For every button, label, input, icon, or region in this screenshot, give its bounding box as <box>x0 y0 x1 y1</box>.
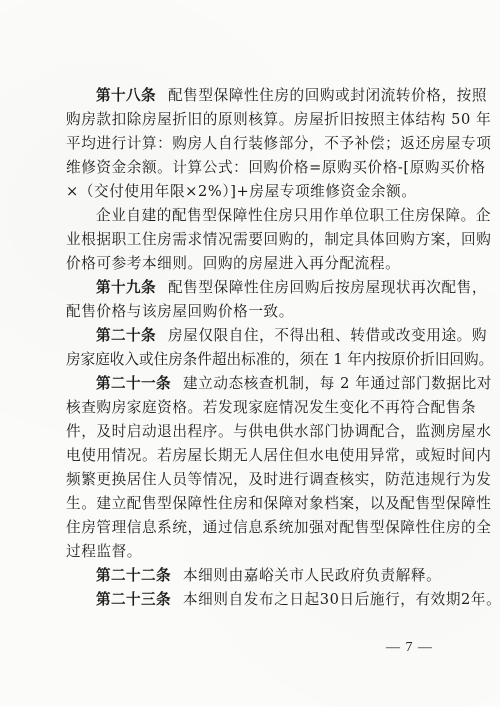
article-number: 第十九条 <box>96 279 156 296</box>
text-line: 第二十三条本细则自发布之日起30日后施行，有效期2年。 <box>66 588 436 612</box>
article-22: 第二十二条本细则由嘉峪关市人民政府负责解释。 <box>66 564 436 588</box>
text-line: 生。建立配售型保障性住房和保障对象档案，以及配售型保障性 <box>66 492 436 516</box>
text-line: 核查购房家庭资格。若发现家庭情况发生变化不再符合配售条 <box>66 396 436 420</box>
article-19: 第十九条配售型保障性住房回购后按房屋现状再次配售， 配售价格与该房屋回购价格一致… <box>66 276 436 324</box>
text-line: 住房管理信息系统，通过信息系统加强对配售型保障性住房的全 <box>66 516 436 540</box>
document-page: 第十八条配售型保障性住房的回购或封闭流转价格，按照 购房款扣除房屋折旧的原则核算… <box>0 0 500 707</box>
article-20: 第二十条房屋仅限自住，不得出租、转借或改变用途。购 房家庭收入或住房条件超出标准… <box>66 324 436 372</box>
text-line: 房家庭收入或住房条件超出标准的，须在 1 年内按原价折旧回购。 <box>66 348 436 372</box>
line-text: 配售型保障性住房回购后按房屋现状再次配售， <box>168 279 487 296</box>
article-number: 第十八条 <box>96 87 156 104</box>
line-text: 本细则由嘉峪关市人民政府负责解释。 <box>183 567 441 584</box>
text-line: 电使用情况。若房屋长期无人居住但水电使用异常，或短时间内 <box>66 444 436 468</box>
line-text: 配售型保障性住房的回购或封闭流转价格，按照 <box>168 87 487 104</box>
line-text: 房屋仅限自住，不得出租、转借或改变用途。购 <box>168 327 487 344</box>
text-line: 第二十条房屋仅限自住，不得出租、转借或改变用途。购 <box>66 324 436 348</box>
text-line: ×（交付使用年限×2%）]+房屋专项维修资金余额。 <box>66 180 436 204</box>
document-body: 第十八条配售型保障性住房的回购或封闭流转价格，按照 购房款扣除房屋折旧的原则核算… <box>66 84 436 612</box>
article-number: 第二十一条 <box>96 375 171 392</box>
article-23: 第二十三条本细则自发布之日起30日后施行，有效期2年。 <box>66 588 436 612</box>
text-line: 件，及时启动退出程序。与供电供水部门协调配合，监测房屋水 <box>66 420 436 444</box>
article-21: 第二十一条建立动态核查机制，每 2 年通过部门数据比对 核查购房家庭资格。若发现… <box>66 372 436 564</box>
text-line: 第十八条配售型保障性住房的回购或封闭流转价格，按照 <box>66 84 436 108</box>
article-18: 第十八条配售型保障性住房的回购或封闭流转价格，按照 购房款扣除房屋折旧的原则核算… <box>66 84 436 204</box>
text-line: 频繁更换居住人员等情况，及时进行调查核实，防范违规行为发 <box>66 468 436 492</box>
text-line: 企业自建的配售型保障性住房只用作单位职工住房保障。企 <box>66 204 436 228</box>
text-line: 业根据职工住房需求情况需要回购的，制定具体回购方案，回购 <box>66 228 436 252</box>
text-line: 第二十一条建立动态核查机制，每 2 年通过部门数据比对 <box>66 372 436 396</box>
text-line: 价格可参考本细则。回购的房屋进入再分配流程。 <box>66 252 436 276</box>
page-number: — 7 — <box>386 640 433 656</box>
text-line: 购房款扣除房屋折旧的原则核算。房屋折旧按照主体结构 50 年 <box>66 108 436 132</box>
text-line: 平均进行计算：购房人自行装修部分，不予补偿；返还房屋专项 <box>66 132 436 156</box>
line-text: 本细则自发布之日起30日后施行，有效期2年。 <box>183 591 500 608</box>
text-line: 第二十二条本细则由嘉峪关市人民政府负责解释。 <box>66 564 436 588</box>
line-text: 建立动态核查机制，每 2 年通过部门数据比对 <box>183 375 492 392</box>
text-line: 配售价格与该房屋回购价格一致。 <box>66 300 436 324</box>
text-line: 第十九条配售型保障性住房回购后按房屋现状再次配售， <box>66 276 436 300</box>
article-number: 第二十三条 <box>96 591 171 608</box>
article-number: 第二十二条 <box>96 567 171 584</box>
article-number: 第二十条 <box>96 327 156 344</box>
paragraph-enterprise-housing: 企业自建的配售型保障性住房只用作单位职工住房保障。企 业根据职工住房需求情况需要… <box>66 204 436 276</box>
text-line: 过程监督。 <box>66 540 436 564</box>
text-line: 维修资金余额。计算公式：回购价格=原购买价格-[原购买价格 <box>66 156 436 180</box>
